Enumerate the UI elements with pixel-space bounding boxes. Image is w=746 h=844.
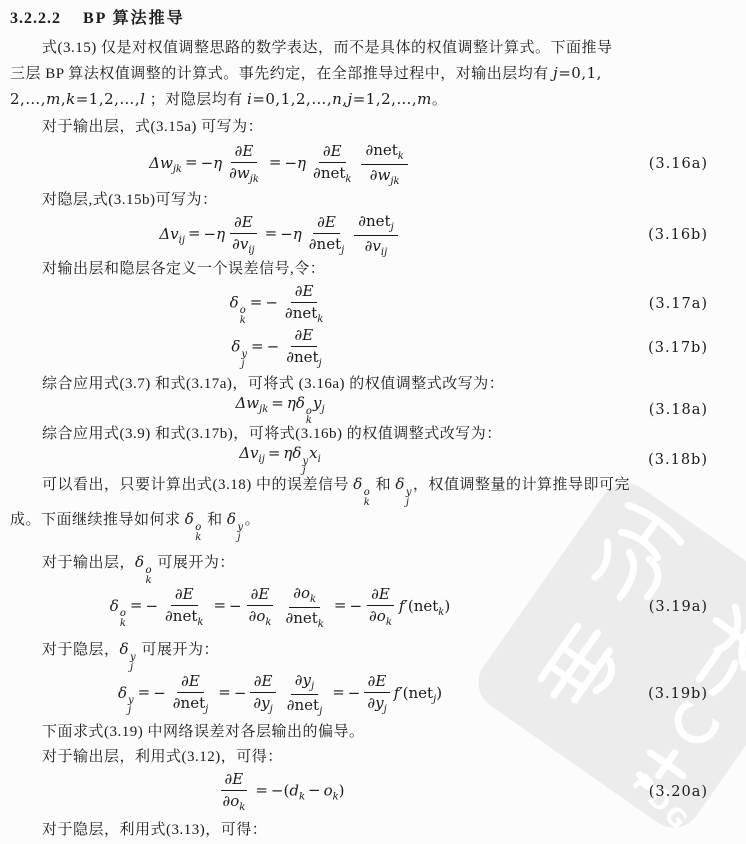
text-run: ∂w: [370, 166, 391, 184]
text-run: ∂o: [293, 584, 310, 602]
fraction-denominator: ∂netj: [282, 347, 325, 370]
text-run: ηδ: [283, 444, 301, 462]
sup-sub-stack: yj: [130, 653, 136, 672]
fraction-numerator: ∂E: [313, 213, 340, 234]
text-line: 对于输出层，利用式(3.12)，可得：: [10, 745, 746, 770]
text-run: Δv: [239, 444, 258, 462]
text-run: ∂v: [365, 237, 381, 255]
fraction: ∂E∂ok: [365, 585, 396, 629]
text-run: jk: [250, 174, 259, 185]
text-run: j: [205, 704, 208, 715]
text-run: −: [153, 683, 166, 701]
text-run: 和: [371, 477, 395, 493]
text-run: =: [135, 683, 154, 701]
text-line: 可以看出，只要计算出式(3.18) 中的误差信号 δok 和 δyj，权值调整量…: [10, 472, 746, 507]
text-run: δ: [118, 683, 127, 701]
text-run: ∂E: [317, 213, 336, 231]
text-run: 可以看出，只要计算出式(3.18) 中的误差信号: [42, 477, 353, 493]
text-run: ij: [248, 245, 254, 256]
text-run: 。: [245, 512, 261, 528]
fraction-denominator: ∂netk: [281, 608, 327, 631]
fraction: ∂E∂netj: [305, 213, 348, 257]
text-run: ): [444, 596, 450, 614]
section-title: BP 算法推导: [83, 8, 185, 30]
text-run: ∂: [286, 348, 294, 366]
text-run: ；对隐层均有: [145, 92, 247, 108]
sup-sub-stack: ok: [120, 609, 126, 628]
equation-row: δyj=−∂E∂netj=−∂E∂yj∂yj∂netj=−∂E∂yjf′(net…: [10, 672, 746, 716]
text-run: =: [127, 596, 146, 614]
equation-row: Δvij=ηδyjxi(3.18b): [10, 447, 746, 472]
sup-sub-stack: yj: [406, 488, 412, 507]
text-run: −η: [201, 153, 223, 171]
text-run: jk: [259, 404, 268, 415]
text-run: ∂E: [368, 672, 387, 690]
text-run: 综合应用式(3.9) 和式(3.17b)，可将式(3.16b) 的权值调整式改写…: [42, 426, 502, 442]
text-run: −: [267, 337, 280, 355]
text-run: net: [317, 235, 342, 253]
text-run: j: [311, 681, 314, 692]
text-line: 成。下面继续推导如何求 δok 和 δyj。: [10, 507, 746, 542]
sup-sub-stack: yj: [302, 457, 308, 476]
equation-row: ∂E∂ok=−(dk−ok)(3.20a): [10, 770, 746, 814]
text-run: k: [197, 617, 203, 628]
text-run: δ: [353, 475, 363, 493]
equation-row: Δwjk=ηδokyj(3.18a): [10, 397, 746, 422]
fraction-denominator: ∂netj: [283, 695, 326, 718]
text-run: −η: [284, 153, 306, 171]
fraction-denominator: ∂ok: [245, 606, 276, 629]
equation-number: (3.17b): [648, 340, 708, 356]
fraction-numerator: ∂E: [367, 585, 394, 606]
fraction: ∂E∂yj: [363, 672, 390, 716]
fraction: ∂E∂netj: [282, 326, 325, 370]
fraction: ∂netk∂wjk: [361, 141, 407, 188]
content: 3.2.2.2BP 算法推导式(3.15) 仅是对权值调整思路的数学表达，而不是…: [10, 8, 746, 843]
text-run: δ: [227, 510, 237, 528]
fraction-numerator: ∂E: [231, 142, 258, 163]
text-run: net: [294, 348, 319, 366]
fraction-denominator: ∂netj: [169, 693, 212, 716]
text-run: ij: [381, 247, 387, 258]
equation-number: (3.18b): [648, 452, 708, 468]
text-run: ∂v: [232, 235, 248, 253]
text-run: −: [229, 596, 242, 614]
text-run: ∂o: [222, 792, 239, 810]
text-run: ): [339, 781, 345, 799]
text-run: ∂E: [371, 585, 390, 603]
text-run: Δv: [159, 224, 178, 242]
text-line: 对输出层和隐层各定义一个误差信号,令：: [10, 257, 746, 282]
text-run: i: [318, 454, 321, 465]
text-line: 对隐层,式(3.15b)可写为：: [10, 188, 746, 213]
text-run: ∂: [287, 696, 295, 714]
text-run: n: [332, 90, 342, 108]
text-run: =: [247, 293, 266, 311]
fraction: ∂E∂ok: [218, 770, 249, 814]
text-run: 成。下面继续推导如何求: [10, 512, 185, 528]
fraction-denominator: ∂ok: [365, 606, 396, 629]
equation-number: (3.20a): [649, 784, 708, 800]
text-run: δ: [110, 596, 119, 614]
text-run: 三层 BP 算法权值调整的计算式。事先约定，在全部推导过程中，对输出层均有: [10, 66, 553, 82]
text-run: 对输出层和隐层各定义一个误差信号,令：: [42, 261, 325, 277]
text-run: =: [268, 394, 287, 412]
fraction-denominator: ∂ok: [218, 791, 249, 814]
text-run: ∂y: [295, 671, 311, 689]
fraction-denominator: ∂netk: [281, 303, 327, 326]
text-run: ∂E: [323, 142, 342, 160]
sup-sub-stack: yj: [128, 696, 134, 715]
subscript: j: [237, 533, 241, 543]
text-run: =: [252, 781, 271, 799]
equation-row: δok=−∂E∂netk=−∂E∂ok∂ok∂netk=−∂E∂okf′(net…: [10, 585, 746, 629]
text-run: ∂E: [225, 770, 244, 788]
text-line: 对于输出层，δok 可展开为：: [10, 550, 746, 585]
text-run: f′: [394, 683, 403, 701]
text-run: δ: [185, 510, 195, 528]
text-run: net: [173, 607, 198, 625]
text-line: 下面求式(3.19) 中网络误差对各层输出的偏导。: [10, 720, 746, 745]
fraction-numerator: ∂E: [319, 142, 346, 163]
text-run: f′: [399, 596, 408, 614]
text-run: ∂: [309, 235, 317, 253]
text-run: −η: [204, 224, 226, 242]
text-run: k: [66, 90, 76, 108]
text-run: =: [210, 596, 229, 614]
equation-number: (3.16a): [649, 156, 708, 172]
formula: δyj=−∂E∂netj=−∂E∂yj∂yj∂netj=−∂E∂yjf′(net…: [10, 671, 550, 718]
text-run: ∂y: [367, 694, 383, 712]
text-run: ηδ: [287, 394, 305, 412]
text-run: =: [331, 596, 350, 614]
text-run: ∂E: [295, 326, 314, 344]
subscript: j: [128, 706, 131, 716]
equation-row: δok=−∂E∂netk(3.17a): [10, 282, 746, 326]
text-line: 对于隐层，δyj 可展开为：: [10, 637, 746, 672]
fraction-numerator: ∂ok: [289, 584, 320, 608]
text-run: −: [305, 781, 324, 799]
text-line: 对于隐层，利用式(3.13)，可得：: [10, 818, 746, 843]
fraction-numerator: ∂netk: [361, 141, 407, 165]
fraction: ∂E∂vij: [228, 213, 259, 257]
text-run: −(: [271, 781, 289, 799]
fraction: ∂E∂wjk: [225, 142, 263, 186]
fraction: ∂E∂netk: [161, 585, 207, 629]
text-run: Δw: [149, 153, 173, 171]
formula: δyj=−∂E∂netj: [10, 326, 550, 370]
text-run: ∂y: [253, 694, 269, 712]
fraction: ∂ok∂netk: [281, 584, 327, 631]
text-line: 对于输出层，式(3.15a) 可写为：: [10, 115, 746, 140]
text-run: ∂: [173, 694, 181, 712]
formula: Δwjk=ηδokyj: [10, 394, 550, 426]
text-run: =0,1,: [558, 64, 602, 82]
fraction-denominator: ∂vij: [228, 234, 259, 257]
text-run: net: [321, 164, 346, 182]
text-run: net: [414, 596, 439, 614]
text-run: ∂w: [229, 164, 250, 182]
section-heading: 3.2.2.2BP 算法推导: [10, 8, 746, 30]
text-run: δ: [120, 640, 130, 658]
fraction-numerator: ∂netj: [354, 212, 397, 236]
text-run: =: [262, 224, 281, 242]
sup-sub-stack: ok: [195, 523, 202, 542]
text-run: =: [215, 683, 234, 701]
text-run: ∂E: [295, 282, 314, 300]
formula: δok=−∂E∂netk: [10, 282, 550, 326]
text-run: net: [293, 609, 318, 627]
fraction-denominator: ∂yj: [363, 693, 390, 716]
text-line: 2,…,m,k=1,2,…,l ；对隐层均有 i=0,1,2,…,n,j=1,2…: [10, 87, 746, 113]
text-run: =: [185, 224, 204, 242]
text-run: k: [345, 174, 351, 185]
fraction: ∂E∂ok: [245, 585, 276, 629]
fraction-numerator: ∂yj: [291, 671, 318, 695]
equation-number: (3.17a): [649, 296, 708, 312]
text-run: −: [265, 293, 278, 311]
fraction-numerator: ∂E: [221, 770, 248, 791]
text-run: 对隐层,式(3.15b)可写为：: [42, 192, 218, 208]
fraction-denominator: ∂wjk: [225, 163, 263, 186]
text-run: k: [317, 314, 323, 325]
text-run: 对于隐层，: [42, 642, 120, 658]
subscript: j: [406, 498, 410, 508]
formula: ∂E∂ok=−(dk−ok): [10, 770, 550, 814]
equation-row: Δvij=−η∂E∂vij=−η∂E∂netj∂netj∂vij(3.16b): [10, 213, 746, 257]
text-run: =: [248, 337, 267, 355]
formula: Δvij=ηδyjxi: [10, 444, 550, 476]
text-run: ij: [179, 234, 185, 245]
fraction-denominator: ∂yj: [249, 693, 276, 716]
fraction-numerator: ∂E: [171, 585, 198, 606]
sup-sub-stack: yj: [237, 523, 243, 542]
text-line: 三层 BP 算法权值调整的计算式。事先约定，在全部推导过程中，对输出层均有 j=…: [10, 61, 746, 87]
equation-number: (3.18a): [649, 402, 708, 418]
text-run: 和: [203, 512, 227, 528]
text-run: =0,1,2,…,: [252, 90, 332, 108]
sup-sub-stack: ok: [306, 407, 312, 426]
fraction: ∂yj∂netj: [283, 671, 326, 718]
text-run: ∂E: [235, 142, 254, 160]
equation-number: (3.16b): [648, 227, 708, 243]
text-run: j: [391, 222, 394, 233]
text-run: k: [398, 151, 404, 162]
text-run: δ: [231, 337, 240, 355]
text-run: ∂: [285, 304, 293, 322]
text-run: ∂E: [181, 672, 200, 690]
subscript: j: [302, 466, 305, 476]
text-run: δ: [135, 553, 145, 571]
equation-row: δyj=−∂E∂netj(3.17b): [10, 326, 746, 370]
text-run: ∂E: [234, 213, 253, 231]
text-run: ，权值调整量的计算推导即可完: [413, 477, 630, 493]
subscript: k: [240, 316, 246, 326]
text-run: 对于输出层，: [42, 555, 135, 571]
text-run: j: [384, 704, 387, 715]
text-run: j: [319, 358, 322, 369]
text-run: ∂: [165, 607, 173, 625]
text-run: 下面求式(3.19) 中网络误差对各层输出的偏导。: [42, 724, 365, 740]
fraction-numerator: ∂E: [247, 585, 274, 606]
fraction-denominator: ∂netj: [305, 234, 348, 257]
text-run: δ: [230, 293, 239, 311]
text-run: j: [341, 245, 344, 256]
text-run: ∂E: [251, 585, 270, 603]
text-run: j: [319, 706, 322, 717]
subscript: k: [364, 498, 371, 508]
text-run: d: [289, 781, 299, 799]
equation-number: (3.19a): [649, 599, 708, 615]
fraction-denominator: ∂netk: [161, 606, 207, 629]
text-run: =: [182, 153, 201, 171]
text-run: o: [324, 781, 333, 799]
text-run: net: [295, 696, 320, 714]
sup-sub-stack: ok: [146, 566, 153, 585]
text-run: 2,…,: [10, 90, 46, 108]
text-run: k: [318, 619, 324, 630]
text-run: −: [234, 683, 247, 701]
text-run: net: [293, 304, 318, 322]
text-run: =: [266, 153, 285, 171]
equation-row: Δwjk=−η∂E∂wjk=−η∂E∂netk∂netk∂wjk(3.16a): [10, 142, 746, 186]
section-number: 3.2.2.2: [10, 8, 61, 30]
text-run: x: [309, 444, 317, 462]
text-run: =: [329, 683, 348, 701]
text-run: m: [46, 90, 61, 108]
fraction: ∂E∂yj: [249, 672, 276, 716]
text-run: 综合应用式(3.7) 和式(3.17a)，可将式 (3.16a) 的权值调整式改…: [42, 376, 504, 392]
text-run: 对于隐层，利用式(3.13)，可得：: [42, 822, 267, 838]
fraction: ∂netj∂vij: [354, 212, 397, 259]
text-run: =1,2,…,: [76, 90, 140, 108]
formula: Δwjk=−η∂E∂wjk=−η∂E∂netk∂netk∂wjk: [10, 141, 550, 188]
text-run: ∂E: [175, 585, 194, 603]
text-run: 可展开为：: [137, 642, 219, 658]
text-run: 。: [432, 92, 448, 108]
text-line: 式(3.15) 仅是对权值调整思路的数学表达，而不是具体的权值调整计算式。下面推…: [10, 36, 746, 61]
fraction-numerator: ∂E: [364, 672, 391, 693]
text-run: ∂: [358, 212, 366, 230]
text-run: ∂o: [369, 607, 386, 625]
text-run: ∂E: [254, 672, 273, 690]
subscript: k: [195, 533, 202, 543]
text-run: ij: [259, 454, 265, 465]
fraction-numerator: ∂E: [291, 282, 318, 303]
fraction: ∂E∂netk: [309, 142, 355, 186]
sup-sub-stack: ok: [240, 306, 246, 325]
text-run: 对于输出层，式(3.15a) 可写为：: [42, 119, 263, 135]
book-page: PDG 3.2.2.2BP 算法推导式(3.15) 仅是对权值调整思路的数学表达…: [0, 0, 746, 844]
text-run: k: [239, 802, 245, 813]
fraction-numerator: ∂E: [230, 213, 257, 234]
subscript: k: [120, 619, 126, 629]
fraction-numerator: ∂E: [250, 672, 277, 693]
text-run: k: [265, 617, 271, 628]
text-run: net: [181, 694, 206, 712]
fraction-denominator: ∂netk: [309, 163, 355, 186]
text-run: m: [417, 90, 432, 108]
fraction: ∂E∂netj: [169, 672, 212, 716]
text-run: =: [265, 444, 284, 462]
text-run: −: [145, 596, 158, 614]
text-run: 式(3.15) 仅是对权值调整思路的数学表达，而不是具体的权值调整计算式。下面推…: [42, 40, 613, 56]
text-run: ∂: [313, 164, 321, 182]
formula: δok=−∂E∂netk=−∂E∂ok∂ok∂netk=−∂E∂okf′(net…: [10, 584, 550, 631]
text-run: j: [270, 704, 273, 715]
text-run: ): [436, 683, 442, 701]
text-run: net: [409, 683, 434, 701]
text-run: 可展开为：: [153, 555, 235, 571]
text-run: −: [348, 683, 361, 701]
subscript: k: [306, 416, 312, 426]
text-run: jk: [390, 176, 399, 187]
fraction-numerator: ∂E: [177, 672, 204, 693]
text-run: net: [366, 212, 391, 230]
fraction-denominator: ∂vij: [361, 236, 392, 259]
text-run: k: [310, 594, 316, 605]
text-run: −: [349, 596, 362, 614]
formula: Δvij=−η∂E∂vij=−η∂E∂netj∂netj∂vij: [10, 212, 550, 259]
text-run: −η: [280, 224, 302, 242]
text-run: j: [321, 404, 324, 415]
text-run: k: [386, 617, 392, 628]
equation-number: (3.19b): [648, 686, 708, 702]
text-run: 对于输出层，利用式(3.12)，可得：: [42, 749, 283, 765]
text-run: ∂o: [249, 607, 266, 625]
subscript: j: [241, 360, 244, 370]
sup-sub-stack: ok: [364, 488, 371, 507]
sup-sub-stack: yj: [241, 350, 247, 369]
text-run: Δw: [235, 394, 259, 412]
text-run: δ: [395, 475, 405, 493]
text-run: =1,2,…,: [353, 90, 417, 108]
fraction-denominator: ∂wjk: [366, 165, 404, 188]
fraction: ∂E∂netk: [281, 282, 327, 326]
text-run: net: [373, 141, 398, 159]
text-run: jk: [173, 163, 182, 174]
fraction-numerator: ∂E: [291, 326, 318, 347]
